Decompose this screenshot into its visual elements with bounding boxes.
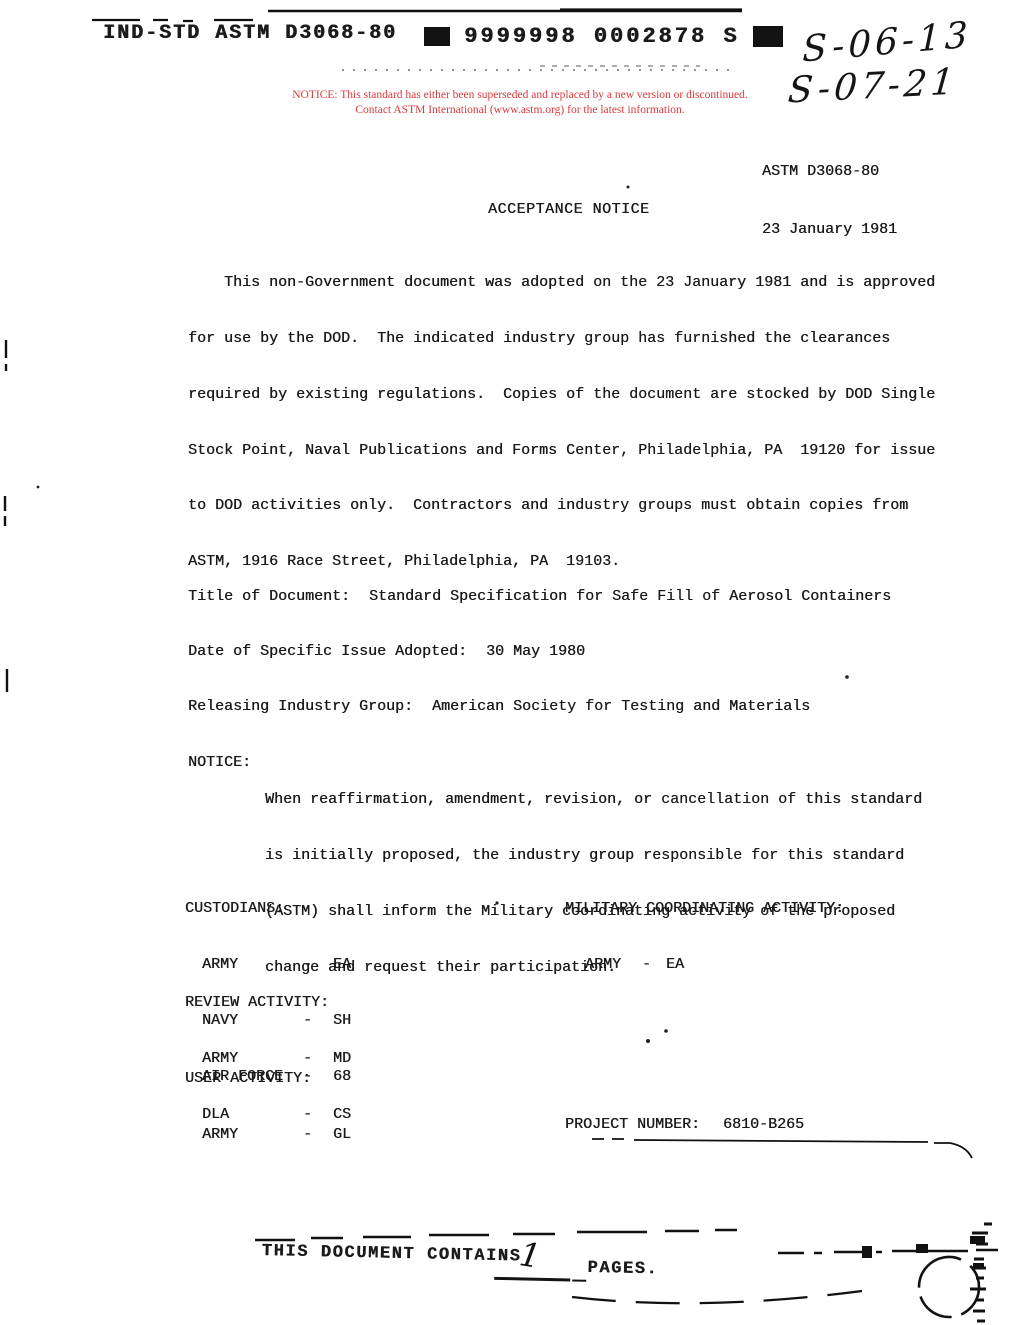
body-line: for use by the DOD. The indicated indust… bbox=[188, 330, 935, 349]
field-label: Title of Document: bbox=[188, 588, 350, 607]
notice-label: NOTICE: bbox=[188, 754, 251, 773]
page-count-underline bbox=[572, 1280, 586, 1282]
supersession-notice-line1: NOTICE: This standard has either been su… bbox=[230, 88, 810, 103]
project-value: 6810-B265 bbox=[723, 1116, 804, 1135]
standard-number: ASTM D3068-80 bbox=[762, 163, 897, 182]
field-releasing-group: Releasing Industry Group: American Socie… bbox=[188, 698, 810, 717]
mca-row: ARMY - EA bbox=[585, 956, 844, 975]
field-label: Date of Specific Issue Adopted: bbox=[188, 643, 467, 662]
body-line: ASTM, 1916 Race Street, Philadelphia, PA… bbox=[188, 553, 935, 572]
body-line: required by existing regulations. Copies… bbox=[188, 386, 935, 405]
field-value: 30 May 1980 bbox=[486, 643, 585, 662]
military-coordinating-activity-section: MILITARY COORDINATING ACTIVITY: ARMY - E… bbox=[565, 863, 844, 1012]
body-line: Stock Point, Naval Publications and Form… bbox=[188, 442, 935, 461]
barcode-text: 9999998 0002878 S bbox=[464, 24, 739, 49]
dash: - bbox=[642, 956, 666, 975]
project-number-field: PROJECT NUMBER: 6810-B265 bbox=[565, 1116, 804, 1135]
page-title: ACCEPTANCE NOTICE bbox=[488, 201, 650, 220]
user-code: GL bbox=[333, 1126, 351, 1145]
handwritten-page-count: 1 bbox=[517, 1234, 544, 1276]
user-name: ARMY bbox=[202, 1126, 303, 1145]
field-title-of-document: Title of Document: Standard Specificatio… bbox=[188, 588, 891, 607]
field-label: Releasing Industry Group: bbox=[188, 698, 413, 717]
supersession-notice: NOTICE: This standard has either been su… bbox=[230, 88, 810, 117]
mca-heading: MILITARY COORDINATING ACTIVITY: bbox=[565, 900, 844, 919]
page-count-suffix: PAGES. bbox=[587, 1259, 658, 1279]
user-heading: USER ACTIVITY: bbox=[185, 1070, 351, 1089]
body-paragraph: This non-Government document was adopted… bbox=[188, 237, 935, 609]
supersession-notice-line2: Contact ASTM International (www.astm.org… bbox=[230, 103, 810, 118]
user-activity-section: USER ACTIVITY: ARMY - GL bbox=[185, 1033, 351, 1182]
barcode-block-left-icon bbox=[424, 27, 450, 46]
field-date-adopted: Date of Specific Issue Adopted: 30 May 1… bbox=[188, 643, 585, 662]
notice-line: When reaffirmation, amendment, revision,… bbox=[265, 791, 922, 810]
page-count-underline bbox=[494, 1277, 570, 1282]
body-line: This non-Government document was adopted… bbox=[188, 274, 935, 293]
project-label: PROJECT NUMBER: bbox=[565, 1116, 700, 1135]
dash: - bbox=[303, 1126, 333, 1145]
document-id-header: IND-STD ASTM D3068-80 bbox=[103, 22, 397, 45]
page-count-prefix: THIS DOCUMENT CONTAINS bbox=[262, 1242, 522, 1266]
review-heading: REVIEW ACTIVITY: bbox=[185, 994, 351, 1013]
mca-code: EA bbox=[666, 956, 684, 975]
mca-name: ARMY bbox=[585, 956, 642, 975]
barcode-block-right-icon bbox=[753, 26, 783, 47]
scanned-document-page: IND-STD ASTM D3068-80 9999998 0002878 S … bbox=[0, 0, 1032, 1325]
barcode-strip: 9999998 0002878 S bbox=[424, 24, 783, 49]
custodians-heading: CUSTODIANS: bbox=[185, 900, 351, 919]
user-row: ARMY - GL bbox=[202, 1126, 351, 1145]
page-count-statement: THIS DOCUMENT CONTAINS 1 PAGES. bbox=[261, 1240, 742, 1320]
field-value: Standard Specification for Safe Fill of … bbox=[369, 588, 891, 607]
handwritten-note-2: S-07-21 bbox=[786, 61, 959, 111]
body-line: to DOD activities only. Contractors and … bbox=[188, 497, 935, 516]
field-value: American Society for Testing and Materia… bbox=[432, 698, 810, 717]
